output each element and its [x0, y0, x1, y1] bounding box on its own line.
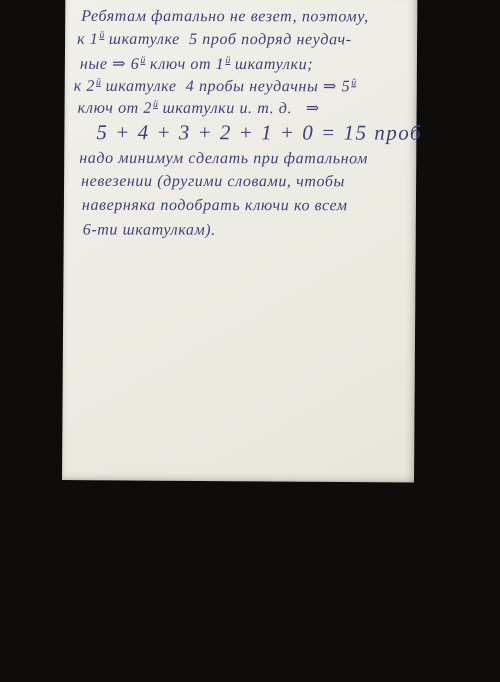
handwritten-line-6: 5 + 4 + 3 + 2 + 1 + 0 = 15 проб — [96, 120, 422, 146]
ordinal-superscript: й — [99, 30, 104, 41]
scan-background: Ребятам фатально не везет, поэтому,к 1й … — [0, 0, 500, 682]
handwritten-line-5: ключ от 2й шкатулки и. т. д. ⇒ — [78, 98, 320, 118]
ordinal-superscript: й — [225, 55, 230, 66]
ordinal-superscript: й — [140, 55, 145, 66]
handwritten-line-9: наверняка подобрать ключи ко всем — [82, 197, 348, 215]
paper: Ребятам фатально не везет, поэтому,к 1й … — [62, 0, 417, 482]
handwritten-line-2: к 1й шкатулке 5 проб подряд неудач- — [77, 31, 352, 49]
ordinal-superscript: й — [96, 77, 101, 88]
handwritten-line-7: надо минимум сделать при фатальном — [79, 150, 368, 169]
handwritten-note: Ребятам фатально не везет, поэтому,к 1й … — [62, 0, 417, 486]
handwritten-line-3: ные ⇒ 6й ключ от 1й шкатулки; — [80, 54, 313, 74]
ordinal-superscript: й — [351, 77, 356, 88]
handwritten-line-4: к 2й шкатулке 4 пробы неудачны ⇒ 5й — [74, 76, 356, 96]
handwritten-line-1: Ребятам фатально не везет, поэтому, — [81, 8, 369, 27]
handwritten-line-8: невезении (другими словами, чтобы — [81, 173, 345, 191]
ordinal-superscript: й — [153, 99, 158, 110]
handwritten-line-10: 6-ти шкатулкам). — [83, 221, 216, 239]
